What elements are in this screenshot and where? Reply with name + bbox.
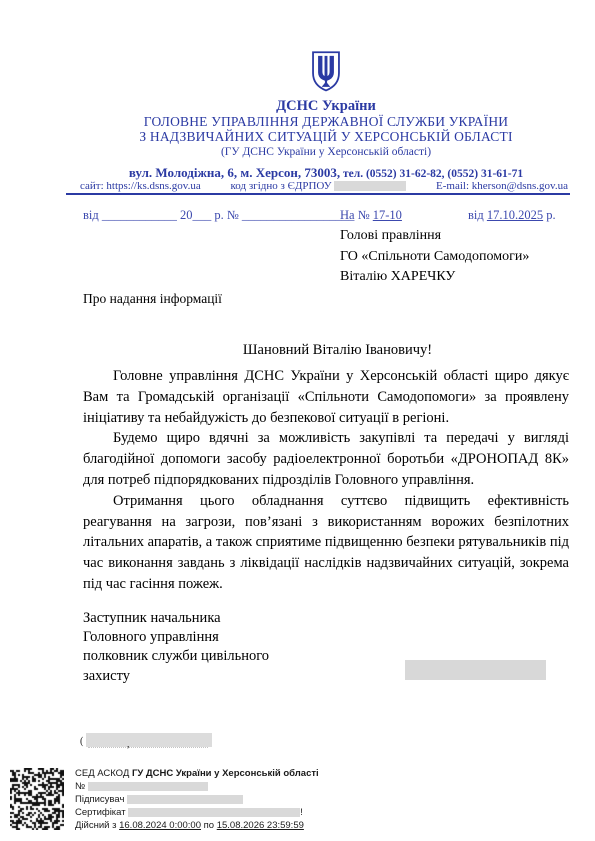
addressee-block: Голові правління ГО «Спільноти Самодопом… bbox=[340, 226, 529, 288]
validity-to: 15.08.2026 23:59:59 bbox=[217, 820, 304, 831]
signature-line: Заступник начальника bbox=[83, 609, 269, 628]
org-email: E-mail: kherson@dsns.gov.ua bbox=[436, 180, 568, 192]
qr-code bbox=[10, 768, 64, 830]
stamp-org-name: ГУ ДСНС України у Херсонській області bbox=[132, 768, 319, 779]
org-name-line2: З НАДЗВИЧАЙНИХ СИТУАЦІЙ У ХЕРСОНСЬКІЙ ОБ… bbox=[85, 129, 567, 144]
stamp-cert-label: Сертифікат bbox=[75, 807, 128, 818]
incoming-date: від 17.10.2025 р. bbox=[468, 208, 556, 223]
org-name-line1: ГОЛОВНЕ УПРАВЛІННЯ ДЕРЖАВНОЇ СЛУЖБИ УКРА… bbox=[85, 114, 567, 129]
org-website: сайт: https://ks.dsns.gov.ua bbox=[80, 180, 201, 192]
stamp-number-line: № bbox=[75, 780, 319, 793]
org-address: вул. Молодіжна, 6, м. Херсон, 73003, bbox=[129, 165, 340, 180]
executor-text-remnant: ( bbox=[80, 736, 83, 747]
validity-separator: по bbox=[201, 820, 217, 831]
esignature-stamp: СЕД АСКОД ГУ ДСНС України у Херсонській … bbox=[75, 767, 319, 832]
redaction-box-edrpou bbox=[334, 181, 406, 191]
incoming-date-suffix: р. bbox=[543, 208, 556, 222]
addressee-line: Голові правління bbox=[340, 226, 529, 247]
letterhead-divider bbox=[66, 193, 570, 195]
salutation: Шановний Віталію Івановичу! bbox=[83, 342, 570, 359]
contact-row: сайт: https://ks.dsns.gov.ua код згідно … bbox=[80, 180, 568, 192]
reference-row: від ____________ 20___ р. № ____________… bbox=[0, 208, 595, 226]
org-phones: тел. (0552) 31-62-82, (0552) 31-61-71 bbox=[340, 168, 523, 180]
executor-text-remnant: , bbox=[127, 739, 130, 750]
ukraine-trident-emblem-icon bbox=[308, 50, 344, 97]
outgoing-number-blank: від ____________ 20___ р. № ____________… bbox=[83, 208, 354, 223]
body-paragraph: Будемо щиро вдячні за можливість закупів… bbox=[83, 428, 569, 490]
addressee-line: Віталію ХАРЕЧКУ bbox=[340, 267, 529, 288]
addressee-line: ГО «Спільноти Самодопомоги» bbox=[340, 247, 529, 268]
redaction-box-certificate bbox=[128, 808, 300, 817]
validity-prefix: Дійсний з bbox=[75, 820, 119, 831]
stamp-validity-line: Дійсний з 16.08.2024 0:00:00 по 15.08.20… bbox=[75, 819, 319, 832]
subject-line: Про надання інформації bbox=[83, 291, 222, 307]
signature-line: полковник служби цивільного bbox=[83, 647, 269, 666]
body-paragraph: Отримання цього обладнання суттєво підви… bbox=[83, 491, 569, 595]
stamp-system-line: СЕД АСКОД ГУ ДСНС України у Херсонській … bbox=[75, 767, 319, 780]
signature-line: захисту bbox=[83, 667, 269, 686]
letter-body: Головне управління ДСНС України у Херсон… bbox=[83, 366, 569, 595]
incoming-number: На № 17-10 bbox=[340, 208, 402, 223]
org-short-name: ДСНС України bbox=[85, 99, 567, 114]
redaction-box-executor bbox=[86, 733, 212, 747]
incoming-number-label: На № bbox=[340, 208, 373, 222]
incoming-number-value: 17-10 bbox=[373, 208, 402, 222]
document-page: ДСНС України ГОЛОВНЕ УПРАВЛІННЯ ДЕРЖАВНО… bbox=[0, 0, 595, 841]
edrpou-label: код згідно з ЄДРПОУ bbox=[231, 180, 332, 192]
edrpou-group: код згідно з ЄДРПОУ bbox=[231, 180, 407, 192]
org-abbreviation: (ГУ ДСНС України у Херсонській області) bbox=[85, 146, 567, 159]
redaction-box-signer bbox=[127, 795, 243, 804]
stamp-signer-label: Підписувач bbox=[75, 794, 127, 805]
stamp-cert-line: Сертифікат ! bbox=[75, 806, 319, 819]
letterhead: ДСНС України ГОЛОВНЕ УПРАВЛІННЯ ДЕРЖАВНО… bbox=[85, 50, 567, 181]
incoming-date-value: 17.10.2025 bbox=[487, 208, 543, 222]
stamp-signer-line: Підписувач bbox=[75, 793, 319, 806]
signature-line: Головного управління bbox=[83, 628, 269, 647]
validity-from: 16.08.2024 0:00:00 bbox=[119, 820, 201, 831]
incoming-date-label: від bbox=[468, 208, 487, 222]
redaction-box-doc-number bbox=[88, 782, 208, 791]
redaction-box-signer-name bbox=[405, 660, 546, 680]
org-address-line: вул. Молодіжна, 6, м. Херсон, 73003, тел… bbox=[85, 166, 567, 181]
stamp-number-label: № bbox=[75, 781, 88, 792]
body-paragraph: Головне управління ДСНС України у Херсон… bbox=[83, 366, 569, 428]
stamp-system-label: СЕД АСКОД bbox=[75, 768, 132, 779]
signature-block: Заступник начальника Головного управлінн… bbox=[83, 609, 269, 686]
executor-text-remnant-dots bbox=[88, 747, 208, 748]
cert-text-remnant: ! bbox=[300, 807, 303, 818]
